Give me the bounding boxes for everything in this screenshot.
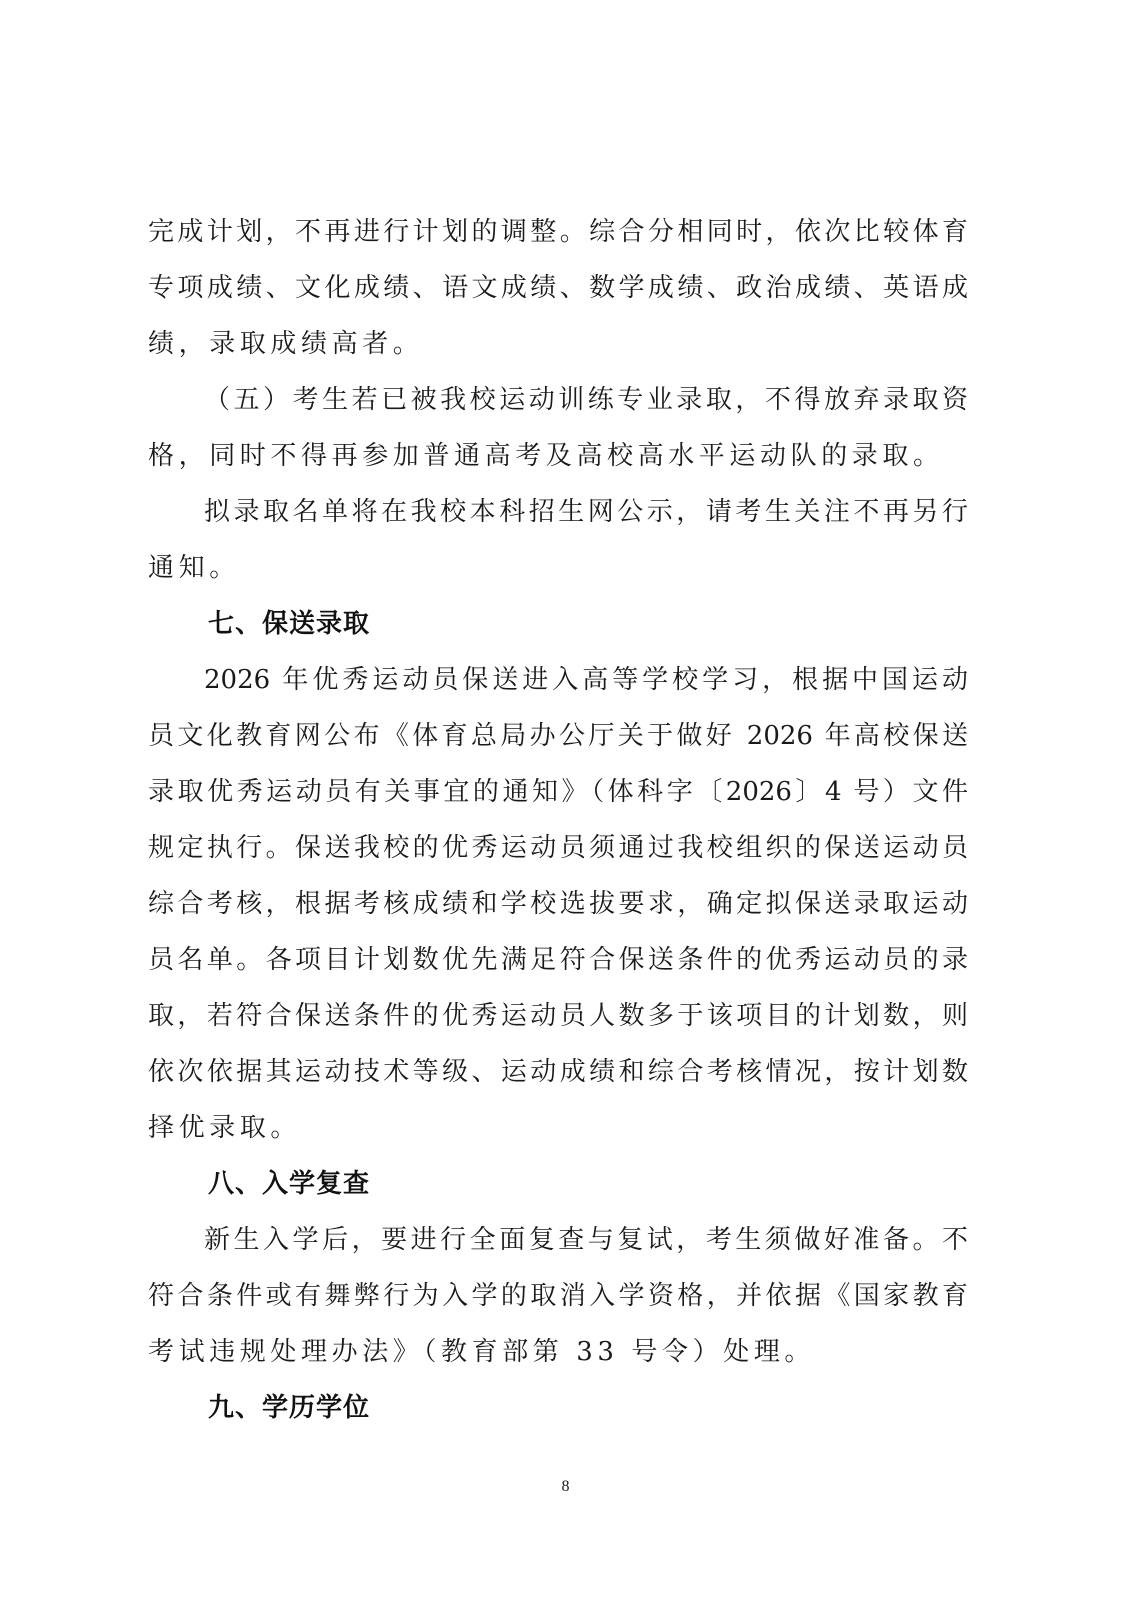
section-heading: 七、保送录取 xyxy=(148,596,978,652)
text-line: 员文化教育网公布《体育总局办公厅关于做好 2026 年高校保送 xyxy=(148,708,968,764)
paragraph: 拟录取名单将在我校本科招生网公示，请考生关注不再另行通知。 xyxy=(148,484,978,596)
text-line: 录取优秀运动员有关事宜的通知》（体科字〔2026〕4 号）文件 xyxy=(148,764,968,820)
text-line: 符合条件或有舞弊行为入学的取消入学资格，并依据《国家教育 xyxy=(148,1268,968,1324)
text-line: 考试违规处理办法》（教育部第 33 号令）处理。 xyxy=(148,1324,978,1380)
text-line: （五）考生若已被我校运动训练专业录取，不得放弃录取资 xyxy=(148,372,968,428)
text-line: 2026 年优秀运动员保送进入高等学校学习，根据中国运动 xyxy=(148,652,968,708)
paragraph: 2026 年优秀运动员保送进入高等学校学习，根据中国运动员文化教育网公布《体育总… xyxy=(148,652,978,1156)
text-line: 综合考核，根据考核成绩和学校选拔要求，确定拟保送录取运动 xyxy=(148,876,968,932)
text-line: 取，若符合保送条件的优秀运动员人数多于该项目的计划数，则 xyxy=(148,988,968,1044)
text-line: 依次依据其运动技术等级、运动成绩和综合考核情况，按计划数 xyxy=(148,1044,968,1100)
paragraph: 新生入学后，要进行全面复查与复试，考生须做好准备。不符合条件或有舞弊行为入学的取… xyxy=(148,1212,978,1380)
text-line: 择优录取。 xyxy=(148,1100,978,1156)
document-page: 完成计划，不再进行计划的调整。综合分相同时，依次比较体育专项成绩、文化成绩、语文… xyxy=(0,0,1131,1600)
text-line: 格，同时不得再参加普通高考及高校高水平运动队的录取。 xyxy=(148,428,978,484)
page-number: 8 xyxy=(0,1478,1131,1496)
document-body: 完成计划，不再进行计划的调整。综合分相同时，依次比较体育专项成绩、文化成绩、语文… xyxy=(148,204,978,1436)
text-line: 新生入学后，要进行全面复查与复试，考生须做好准备。不 xyxy=(148,1212,968,1268)
section-heading: 九、学历学位 xyxy=(148,1380,978,1436)
text-line: 专项成绩、文化成绩、语文成绩、数学成绩、政治成绩、英语成 xyxy=(148,260,968,316)
text-line: 拟录取名单将在我校本科招生网公示，请考生关注不再另行 xyxy=(148,484,968,540)
text-line: 完成计划，不再进行计划的调整。综合分相同时，依次比较体育 xyxy=(148,204,968,260)
paragraph: （五）考生若已被我校运动训练专业录取，不得放弃录取资格，同时不得再参加普通高考及… xyxy=(148,372,978,484)
text-line: 规定执行。保送我校的优秀运动员须通过我校组织的保送运动员 xyxy=(148,820,968,876)
paragraph: 完成计划，不再进行计划的调整。综合分相同时，依次比较体育专项成绩、文化成绩、语文… xyxy=(148,204,978,372)
section-heading: 八、入学复查 xyxy=(148,1156,978,1212)
text-line: 员名单。各项目计划数优先满足符合保送条件的优秀运动员的录 xyxy=(148,932,968,988)
text-line: 通知。 xyxy=(148,540,978,596)
text-line: 绩，录取成绩高者。 xyxy=(148,316,978,372)
